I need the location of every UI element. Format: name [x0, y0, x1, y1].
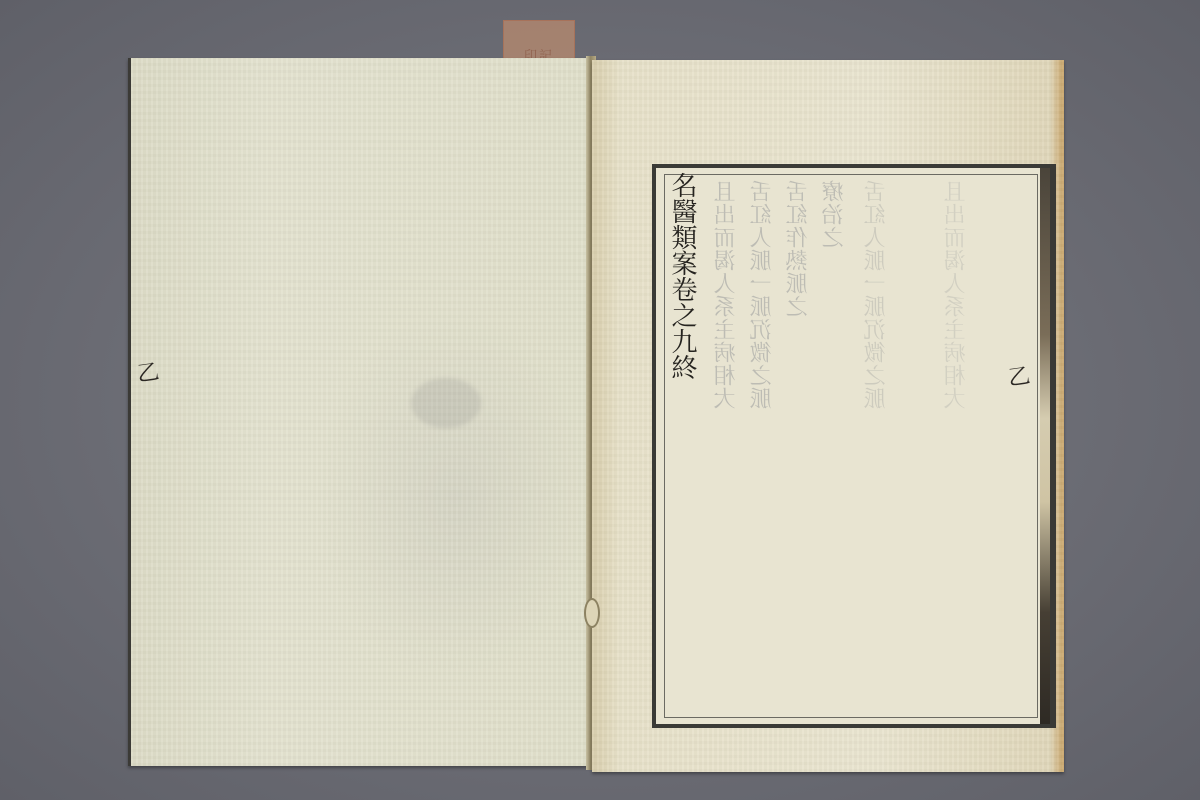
binding-string-knot — [584, 598, 600, 628]
colophon-title: 名醫類案卷之九終 — [668, 172, 696, 380]
paper-texture — [131, 58, 593, 766]
binding-string-mark: 乙 — [1006, 359, 1032, 393]
left-page: 乙 — [128, 58, 593, 766]
page-stain — [411, 378, 481, 428]
binding-string-mark: 乙 — [135, 355, 161, 389]
bleed-through-column: 療治之 — [824, 180, 846, 249]
bleed-through-column: 舌紅人脈一脈沉微之脈 — [866, 180, 888, 410]
bleed-through-column: 舌紅人脈一脈沉微之脈 — [752, 180, 774, 410]
bleed-through-column: 且出而渴人系主病相大 — [946, 180, 968, 410]
bleed-through-column: 且出而渴人系主病相大 — [716, 180, 738, 410]
bleed-through-column: 舌紅作熱脈之 — [788, 180, 810, 318]
printed-block-frame: 且出而渴人系主病相大 舌紅人脈一脈沉微之脈 舌紅作熱脈之 療治之 舌紅人脈一脈沉… — [652, 164, 1056, 728]
block-heart-edge — [1040, 168, 1050, 724]
